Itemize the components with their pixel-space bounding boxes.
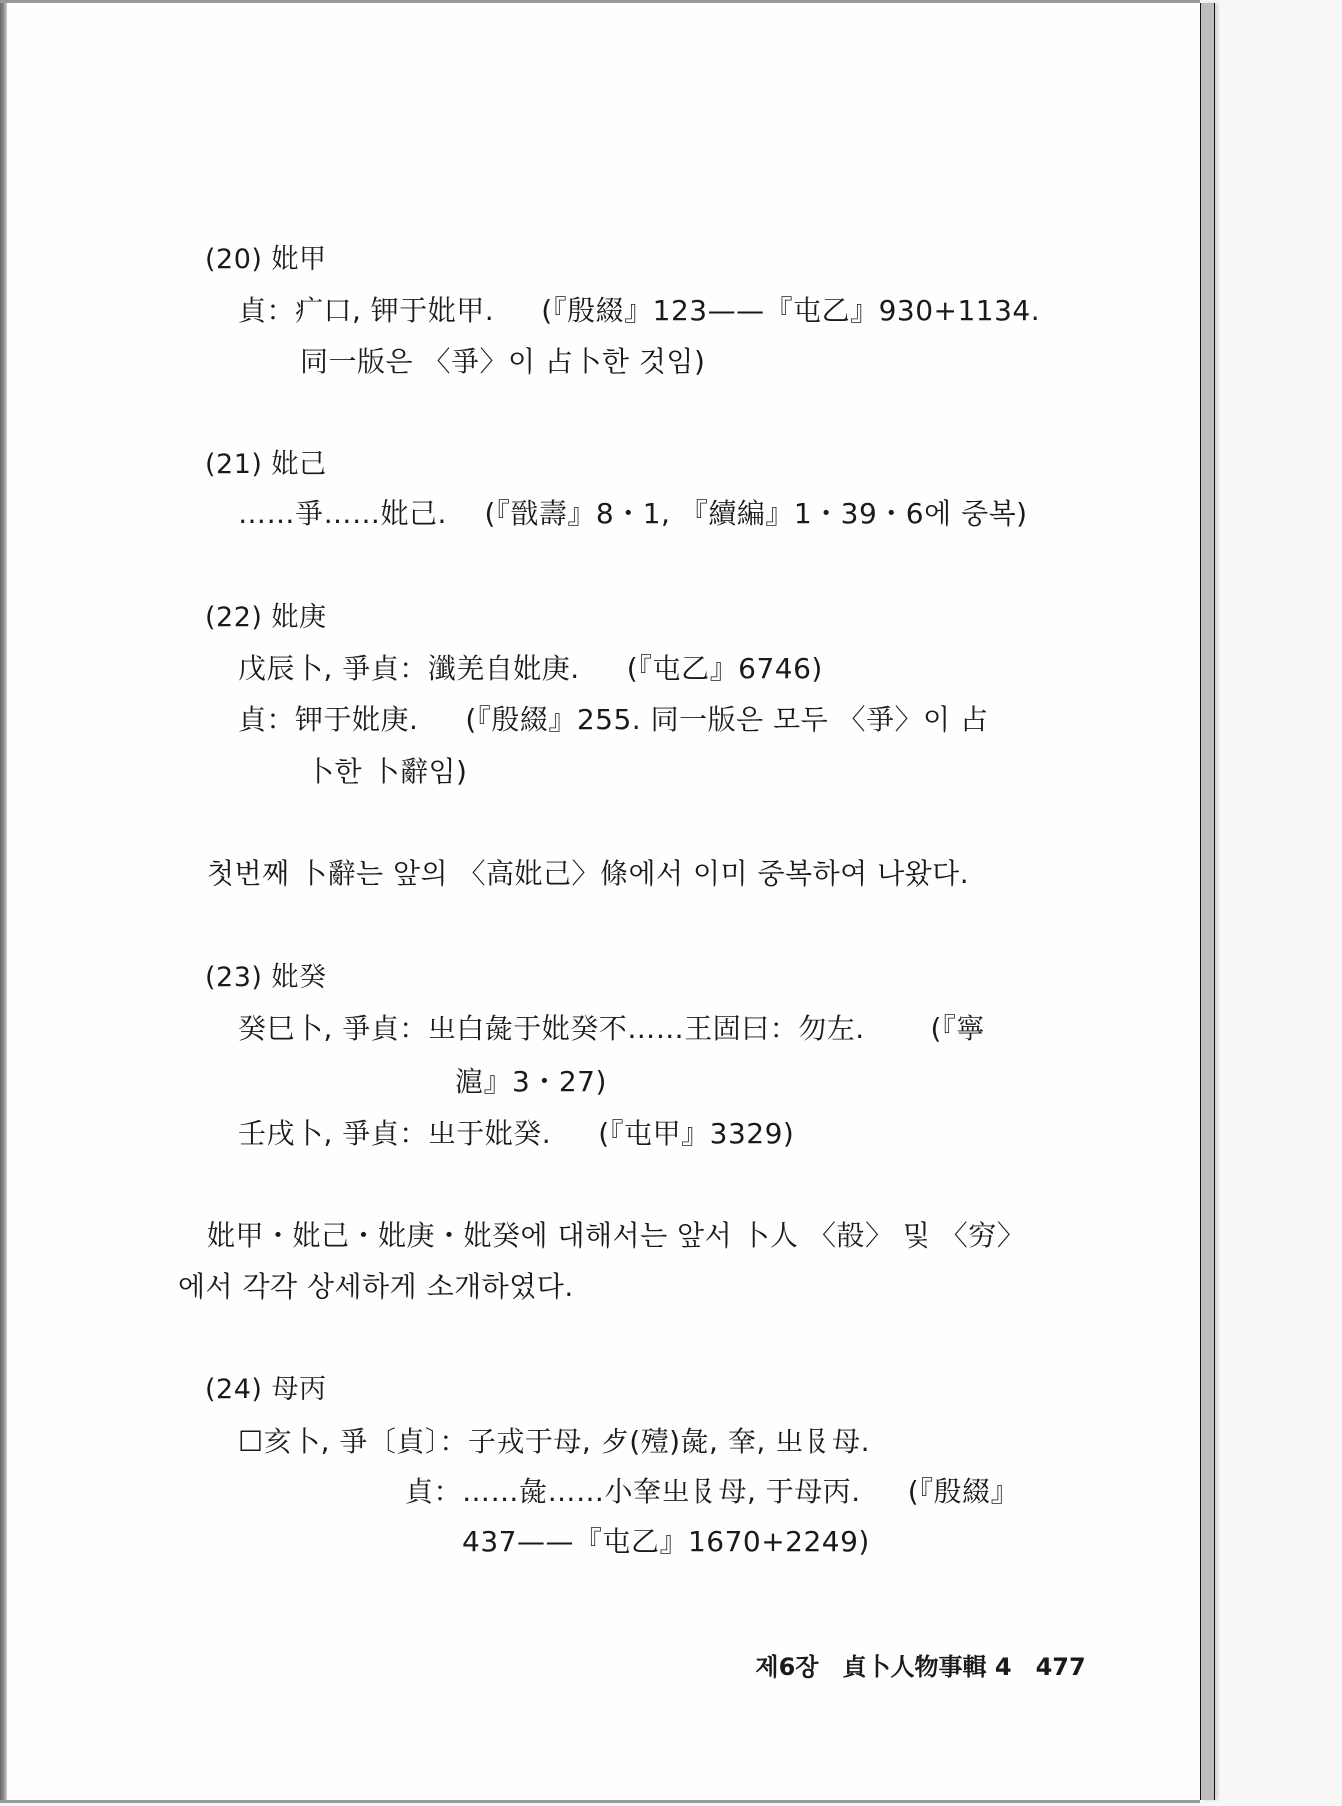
book-page: (20) 妣甲 貞：疒口, 钾于妣甲. (『殷綴』123——『屯乙』930+11… [0,0,1200,1803]
entry-24-line-1: ☐亥卜, 爭〔貞〕：子戎于母, 歺(殪)彘, 羍, 㞢𠬝母. [238,1425,870,1459]
page-footer: 제6장貞卜人物事輯 4477 [722,1619,1086,1715]
paragraph-1: 첫번째 卜辭는 앞의 〈高妣己〉條에서 이미 중복하여 나왔다. [207,857,969,891]
footer-chapter: 제6장 [755,1653,818,1681]
entry-22-line-1: 戊辰卜, 爭貞：瀸羌自妣庚. (『屯乙』6746) [238,652,823,686]
footer-title: 貞卜人物事輯 4 [843,1653,1012,1681]
entry-23-line-1: 癸巳卜, 爭貞：㞢白彘于妣癸不……王固曰：勿左. (『寧 [238,1012,985,1046]
entry-21-line-1: ……爭……妣己. (『戩壽』8・1, 『續編』1・39・6에 중복) [238,497,1028,531]
entry-heading-24: (24) 母丙 [205,1373,327,1407]
entry-heading-20: (20) 妣甲 [205,243,327,277]
entry-heading-21: (21) 妣己 [205,448,327,482]
entry-22-line-3: 卜한 卜辭임) [306,755,467,789]
paragraph-2-line-1: 妣甲・妣己・妣庚・妣癸에 대해서는 앞서 卜人 〈㱿〉 및 〈穷〉 [207,1219,1025,1253]
paragraph-2-line-2: 에서 각각 상세하게 소개하였다. [178,1270,574,1304]
page-number: 477 [1036,1653,1086,1681]
entry-20-line-1: 貞：疒口, 钾于妣甲. (『殷綴』123——『屯乙』930+1134. [238,294,1040,328]
entry-20-line-2: 同一版은 〈爭〉이 占卜한 것임) [300,345,705,379]
entry-heading-23: (23) 妣癸 [205,961,327,995]
page-left-edge [0,3,7,1800]
entry-22-line-2: 貞：钾于妣庚. (『殷綴』255. 同一版은 모두 〈爭〉이 占 [238,703,988,737]
entry-23-line-2: 滬』3・27) [455,1065,607,1099]
page-fold-edge [1200,3,1215,1800]
entry-24-line-3: 437——『屯乙』1670+2249) [462,1525,870,1559]
entry-23-line-3: 壬戌卜, 爭貞：㞢于妣癸. (『屯甲』3329) [238,1117,794,1151]
entry-24-line-2: 貞：……彘……小羍㞢𠬝母, 于母丙. (『殷綴』 [405,1475,1019,1509]
entry-heading-22: (22) 妣庚 [205,601,327,635]
